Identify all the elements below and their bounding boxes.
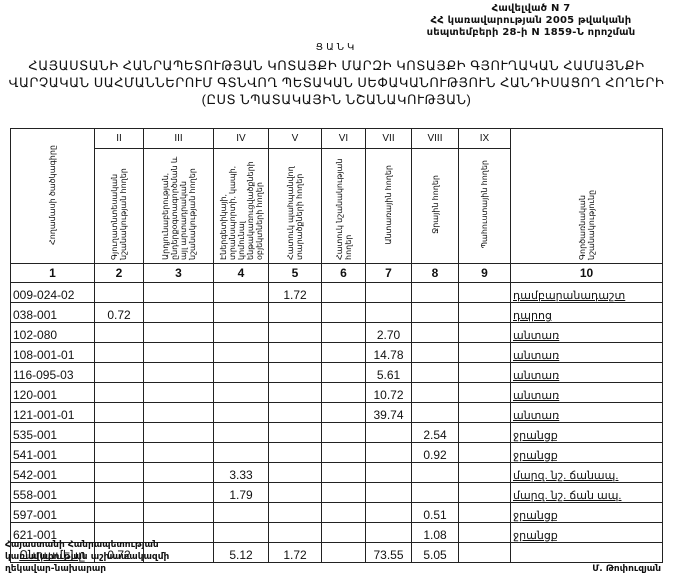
land-use-cell: անտառ: [511, 323, 663, 343]
area-cell: [144, 483, 214, 503]
signature-name: Մ. Թոփուզյան: [592, 564, 661, 574]
area-cell: [459, 323, 511, 343]
area-cell: 0.92: [412, 443, 459, 463]
table-row: 108-001-0114.78անտառ: [11, 343, 663, 363]
land-use-cell: ջրանցք: [511, 523, 663, 543]
land-use-cell: ջրանցք: [511, 503, 663, 523]
area-cell: [459, 463, 511, 483]
area-cell: [412, 363, 459, 383]
area-cell: [322, 463, 366, 483]
parcel-code-cell: 116-095-03: [11, 363, 95, 383]
area-cell: [269, 323, 322, 343]
area-cell: [322, 343, 366, 363]
area-cell: [366, 283, 412, 303]
parcel-code-cell: 541-001: [11, 443, 95, 463]
roman-header: IX: [459, 129, 511, 149]
parcel-code-cell: 535-001: [11, 423, 95, 443]
roman-header-row: Հողամասի ծածկագիրը II III IV V VI VII VI…: [11, 129, 663, 149]
area-cell: [459, 523, 511, 543]
area-cell: [366, 443, 412, 463]
area-cell: 0.51: [412, 503, 459, 523]
area-cell: [144, 343, 214, 363]
signatory-title: Հայաստանի Հանրապետության կառավարության ա…: [5, 539, 169, 575]
area-cell: [269, 423, 322, 443]
area-cell: [412, 323, 459, 343]
table-row: 597-0010.51ջրանցք: [11, 503, 663, 523]
land-use-cell: դամբարանադաշտ: [511, 283, 663, 303]
table-row: 116-095-035.61անտառ: [11, 363, 663, 383]
area-cell: 2.70: [366, 323, 412, 343]
column-number: 4: [214, 264, 269, 283]
roman-header: VII: [366, 129, 412, 149]
land-use-cell: անտառ: [511, 363, 663, 383]
column-header: Հատուկ պահպանվող տարածքների հողեր: [269, 149, 322, 264]
area-cell: [144, 443, 214, 463]
area-cell: [322, 523, 366, 543]
column-number: 7: [366, 264, 412, 283]
land-use-cell: անտառ: [511, 383, 663, 403]
column-number-row: 1 2 3 4 5 6 7 8 9 10: [11, 264, 663, 283]
table-row: 009-024-021.72դամբարանադաշտ: [11, 283, 663, 303]
table-row: 558-0011.79մարզ. նշ. ճան ապ.: [11, 483, 663, 503]
area-cell: [366, 463, 412, 483]
area-cell: [95, 483, 144, 503]
area-cell: [269, 443, 322, 463]
column-number: 6: [322, 264, 366, 283]
area-cell: [269, 363, 322, 383]
area-cell: [144, 303, 214, 323]
area-cell: [412, 403, 459, 423]
column-number: 10: [511, 264, 663, 283]
column-header: Ջրային հողեր: [412, 149, 459, 264]
heading-line: ՀԱՅԱՍՏԱՆԻ ՀԱՆՐԱՊԵՏՈՒԹՅԱՆ ԿՈՏԱՅՔԻ ՄԱՐԶԻ Կ…: [0, 57, 673, 74]
area-cell: [95, 443, 144, 463]
area-cell: [322, 323, 366, 343]
area-cell: [95, 463, 144, 483]
area-cell: [322, 283, 366, 303]
area-cell: [95, 323, 144, 343]
area-cell: [459, 443, 511, 463]
signatory-line: Հայաստանի Հանրապետության: [5, 539, 169, 551]
area-cell: [366, 503, 412, 523]
table-row: 541-0010.92ջրանցք: [11, 443, 663, 463]
column-header: Գյուղատնտեսական նշանակության հողեր: [95, 149, 144, 264]
area-cell: [459, 303, 511, 323]
area-cell: [269, 303, 322, 323]
area-cell: [322, 303, 366, 323]
table-row: 102-0802.70անտառ: [11, 323, 663, 343]
area-cell: [144, 323, 214, 343]
column-number: 1: [11, 264, 95, 283]
area-cell: 39.74: [366, 403, 412, 423]
total-cell: 5.05: [412, 543, 459, 563]
roman-header: VIII: [412, 129, 459, 149]
area-cell: 10.72: [366, 383, 412, 403]
approval-line: ՀՀ կառավարության 2005 թվականի: [400, 15, 662, 27]
parcel-code-cell: 009-024-02: [11, 283, 95, 303]
roman-header: V: [269, 129, 322, 149]
area-cell: [214, 423, 269, 443]
total-cell: 73.55: [366, 543, 412, 563]
document-title: ՑԱՆԿ: [0, 42, 673, 53]
column-number: 2: [95, 264, 144, 283]
area-cell: [95, 503, 144, 523]
total-use-cell: [511, 543, 663, 563]
area-cell: [459, 383, 511, 403]
area-cell: 1.72: [269, 283, 322, 303]
approval-note: Հավելված N 7 ՀՀ կառավարության 2005 թվակա…: [400, 3, 662, 39]
area-cell: 0.72: [95, 303, 144, 323]
table-row: 542-0013.33մարզ. նշ. ճանապ.: [11, 463, 663, 483]
area-cell: [459, 503, 511, 523]
area-cell: [459, 283, 511, 303]
land-use-cell: դպրոց: [511, 303, 663, 323]
column-header: Հատուկ նշանակության հողեր: [322, 149, 366, 264]
area-cell: [269, 343, 322, 363]
area-cell: [214, 303, 269, 323]
column-header: Էներգետիկայի, տրանսպորտի, կապի, կոմունալ…: [214, 149, 269, 264]
column-header: Արդյունաբերության, ընդերքօգտագործման և ա…: [144, 149, 214, 264]
table-row: 121-001-0139.74անտառ: [11, 403, 663, 423]
area-cell: [366, 523, 412, 543]
area-cell: 1.08: [412, 523, 459, 543]
land-use-cell: անտառ: [511, 343, 663, 363]
signatory-line: կառավարության աշխատակազմի: [5, 551, 169, 563]
area-cell: [144, 383, 214, 403]
area-cell: [95, 363, 144, 383]
area-cell: [214, 403, 269, 423]
area-cell: 5.61: [366, 363, 412, 383]
column-header: Գործառնական նշանակությունը: [511, 129, 663, 264]
table-row: 120-00110.72անտառ: [11, 383, 663, 403]
area-cell: [214, 343, 269, 363]
area-cell: 1.79: [214, 483, 269, 503]
area-cell: [459, 343, 511, 363]
area-cell: [95, 423, 144, 443]
area-cell: [214, 503, 269, 523]
column-number: 5: [269, 264, 322, 283]
area-cell: [269, 463, 322, 483]
parcel-code-cell: 120-001: [11, 383, 95, 403]
area-cell: [322, 403, 366, 423]
area-cell: [412, 483, 459, 503]
table-row: 038-0010.72դպրոց: [11, 303, 663, 323]
land-use-cell: ջրանցք: [511, 443, 663, 463]
area-cell: [269, 383, 322, 403]
area-cell: [144, 423, 214, 443]
area-cell: [269, 503, 322, 523]
area-cell: [366, 423, 412, 443]
area-cell: [95, 403, 144, 423]
signatory-line: ղեկավար-նախարար: [5, 563, 169, 575]
area-cell: [412, 383, 459, 403]
total-cell: 1.72: [269, 543, 322, 563]
land-use-cell: անտառ: [511, 403, 663, 423]
area-cell: [322, 443, 366, 463]
area-cell: [144, 503, 214, 523]
area-cell: [366, 303, 412, 323]
area-cell: [214, 443, 269, 463]
column-number: 8: [412, 264, 459, 283]
roman-header: II: [95, 129, 144, 149]
column-header: Անտառային հողեր: [366, 149, 412, 264]
area-cell: [459, 423, 511, 443]
land-use-cell: մարզ. նշ. ճան ապ.: [511, 483, 663, 503]
area-cell: [95, 383, 144, 403]
area-cell: [214, 283, 269, 303]
approval-line: սեպտեմբերի 28-ի N 1859-Ն որոշման: [400, 27, 662, 39]
area-cell: [322, 503, 366, 523]
roman-header: III: [144, 129, 214, 149]
parcel-code-cell: 597-001: [11, 503, 95, 523]
area-cell: [144, 363, 214, 383]
area-cell: [144, 463, 214, 483]
area-cell: [322, 483, 366, 503]
area-cell: [144, 283, 214, 303]
area-cell: [412, 283, 459, 303]
area-cell: [459, 483, 511, 503]
area-cell: [269, 523, 322, 543]
heading-line: ՎԱՐՉԱԿԱՆ ՍԱՀՄԱՆՆԵՐՈՒՄ ԳՏՆՎՈՂ ՊԵՏԱԿԱՆ ՍԵՓ…: [0, 74, 673, 91]
column-header: Պահուստային հողեր: [459, 149, 511, 264]
document-heading: ՀԱՅԱՍՏԱՆԻ ՀԱՆՐԱՊԵՏՈՒԹՅԱՆ ԿՈՏԱՅՔԻ ՄԱՐԶԻ Կ…: [0, 57, 673, 108]
parcel-code-cell: 038-001: [11, 303, 95, 323]
area-cell: [269, 483, 322, 503]
roman-header: VI: [322, 129, 366, 149]
area-cell: [459, 363, 511, 383]
parcel-code-cell: 542-001: [11, 463, 95, 483]
area-cell: [214, 523, 269, 543]
area-cell: [144, 403, 214, 423]
area-cell: [412, 343, 459, 363]
area-cell: 14.78: [366, 343, 412, 363]
area-cell: [322, 363, 366, 383]
area-cell: 2.54: [412, 423, 459, 443]
area-cell: [322, 423, 366, 443]
column-number: 9: [459, 264, 511, 283]
total-cell: [459, 543, 511, 563]
area-cell: [412, 463, 459, 483]
area-cell: [459, 403, 511, 423]
area-cell: [214, 363, 269, 383]
area-cell: [322, 383, 366, 403]
column-number: 3: [144, 264, 214, 283]
area-cell: [366, 483, 412, 503]
area-cell: [412, 303, 459, 323]
area-cell: [214, 323, 269, 343]
parcel-code-cell: 558-001: [11, 483, 95, 503]
area-cell: [214, 383, 269, 403]
column-header: Հողամասի ծածկագիրը: [11, 129, 95, 264]
heading-line: (ԸՍՏ ՆՊԱՏԱԿԱՅԻՆ ՆՇԱՆԱԿՈՒԹՅԱՆ): [0, 91, 673, 108]
roman-header: IV: [214, 129, 269, 149]
area-cell: [95, 283, 144, 303]
parcel-code-cell: 121-001-01: [11, 403, 95, 423]
land-table: Հողամասի ծածկագիրը II III IV V VI VII VI…: [10, 128, 663, 563]
land-use-cell: ջրանցք: [511, 423, 663, 443]
parcel-code-cell: 102-080: [11, 323, 95, 343]
total-cell: 5.12: [214, 543, 269, 563]
table-row: 535-0012.54ջրանցք: [11, 423, 663, 443]
approval-line: Հավելված N 7: [400, 3, 662, 15]
land-use-cell: մարզ. նշ. ճանապ.: [511, 463, 663, 483]
area-cell: 3.33: [214, 463, 269, 483]
area-cell: [269, 403, 322, 423]
parcel-code-cell: 108-001-01: [11, 343, 95, 363]
total-cell: [322, 543, 366, 563]
area-cell: [95, 343, 144, 363]
